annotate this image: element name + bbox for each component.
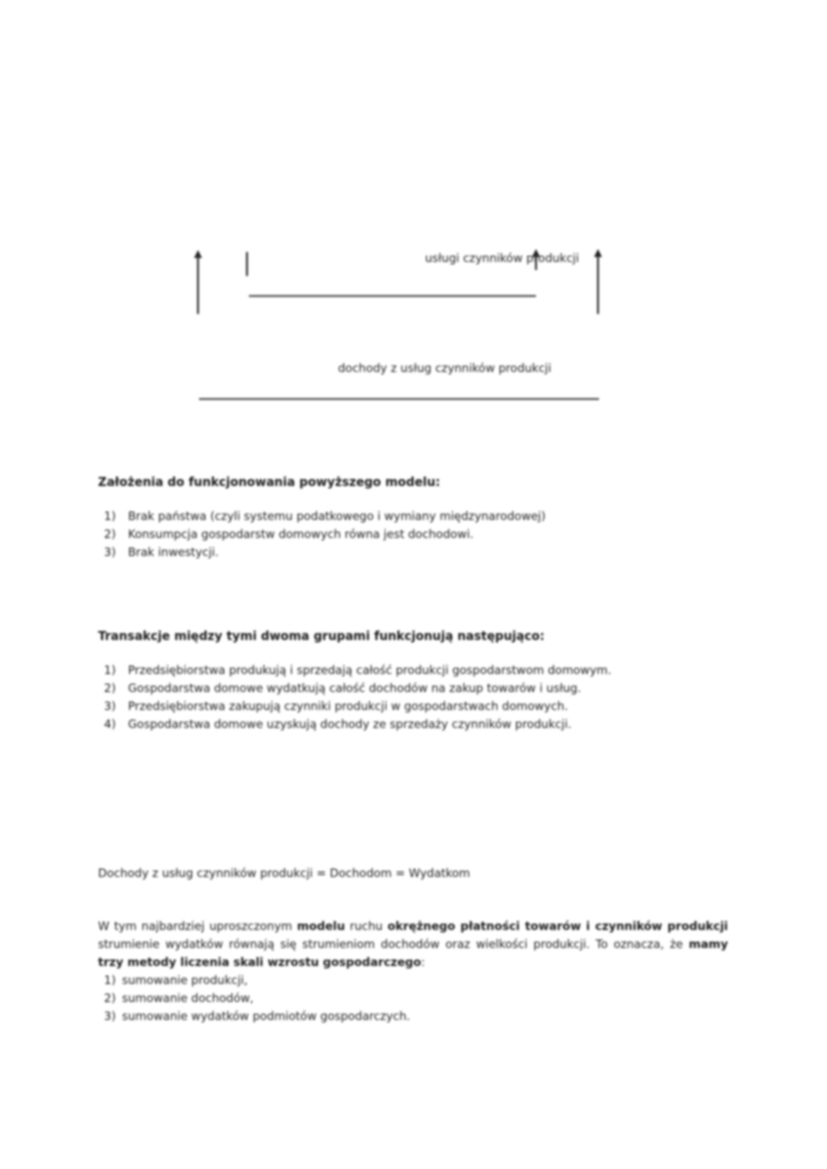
- assumptions-section: Założenia do funkcjonowania powyższego m…: [98, 473, 728, 561]
- assumptions-list: 1)Brak państwa (czyli systemu podatkoweg…: [98, 507, 728, 561]
- list-item: 1)Przedsiębiorstwa produkują i sprzedają…: [98, 661, 728, 679]
- document-page: usługi czynników produkcji dochody z usł…: [0, 0, 827, 1169]
- paragraph-text: :: [421, 955, 425, 969]
- paragraph-text: ruchu: [345, 919, 387, 933]
- flow-line-mid: [535, 256, 537, 270]
- flow-line-inner-bottom: [249, 295, 536, 297]
- flow-line-left: [197, 256, 199, 314]
- list-item: 2)Konsumpcja gospodarstw domowych równa …: [98, 525, 728, 543]
- assumptions-heading: Założenia do funkcjonowania powyższego m…: [98, 473, 728, 491]
- summary-section: W tym najbardziej uproszczonym modelu ru…: [98, 917, 728, 1025]
- emphasis-text: okrężnego płatności towarów i czynników …: [387, 919, 728, 933]
- summary-paragraph: W tym najbardziej uproszczonym modelu ru…: [98, 917, 728, 971]
- methods-list: 1)sumowanie produkcji, 2)sumowanie docho…: [98, 971, 728, 1025]
- transactions-heading: Transakcje między tymi dwoma grupami fun…: [98, 627, 728, 645]
- list-item: 1)sumowanie produkcji,: [98, 971, 728, 989]
- transactions-list: 1)Przedsiębiorstwa produkują i sprzedają…: [98, 661, 728, 733]
- list-item: 3)sumowanie wydatków podmiotów gospodarc…: [98, 1007, 728, 1025]
- list-item: 3)Przedsiębiorstwa zakupują czynniki pro…: [98, 697, 728, 715]
- emphasis-text: modelu: [297, 919, 345, 933]
- paragraph-text: W tym najbardziej uproszczonym: [98, 919, 297, 933]
- flow-line-bottom: [199, 398, 599, 400]
- list-item: 3)Brak inwestycji.: [98, 543, 728, 561]
- paragraph-text: strumienie wydatków równają się strumien…: [98, 937, 689, 951]
- income-equation: Dochody z usług czynników produkcji = Do…: [98, 864, 728, 882]
- flow-line-right: [597, 256, 599, 314]
- label-factor-income: dochody z usług czynników produkcji: [338, 361, 551, 375]
- circular-flow-diagram: usługi czynników produkcji dochody z usł…: [0, 0, 827, 420]
- list-item: 4)Gospodarstwa domowe uzyskują dochody z…: [98, 715, 728, 733]
- list-item: 2)Gospodarstwa domowe wydatkują całość d…: [98, 679, 728, 697]
- label-factor-services: usługi czynników produkcji: [425, 251, 579, 265]
- flow-line-inner-left: [246, 252, 248, 276]
- transactions-section: Transakcje między tymi dwoma grupami fun…: [98, 627, 728, 733]
- list-item: 1)Brak państwa (czyli systemu podatkoweg…: [98, 507, 728, 525]
- list-item: 2)sumowanie dochodów,: [98, 989, 728, 1007]
